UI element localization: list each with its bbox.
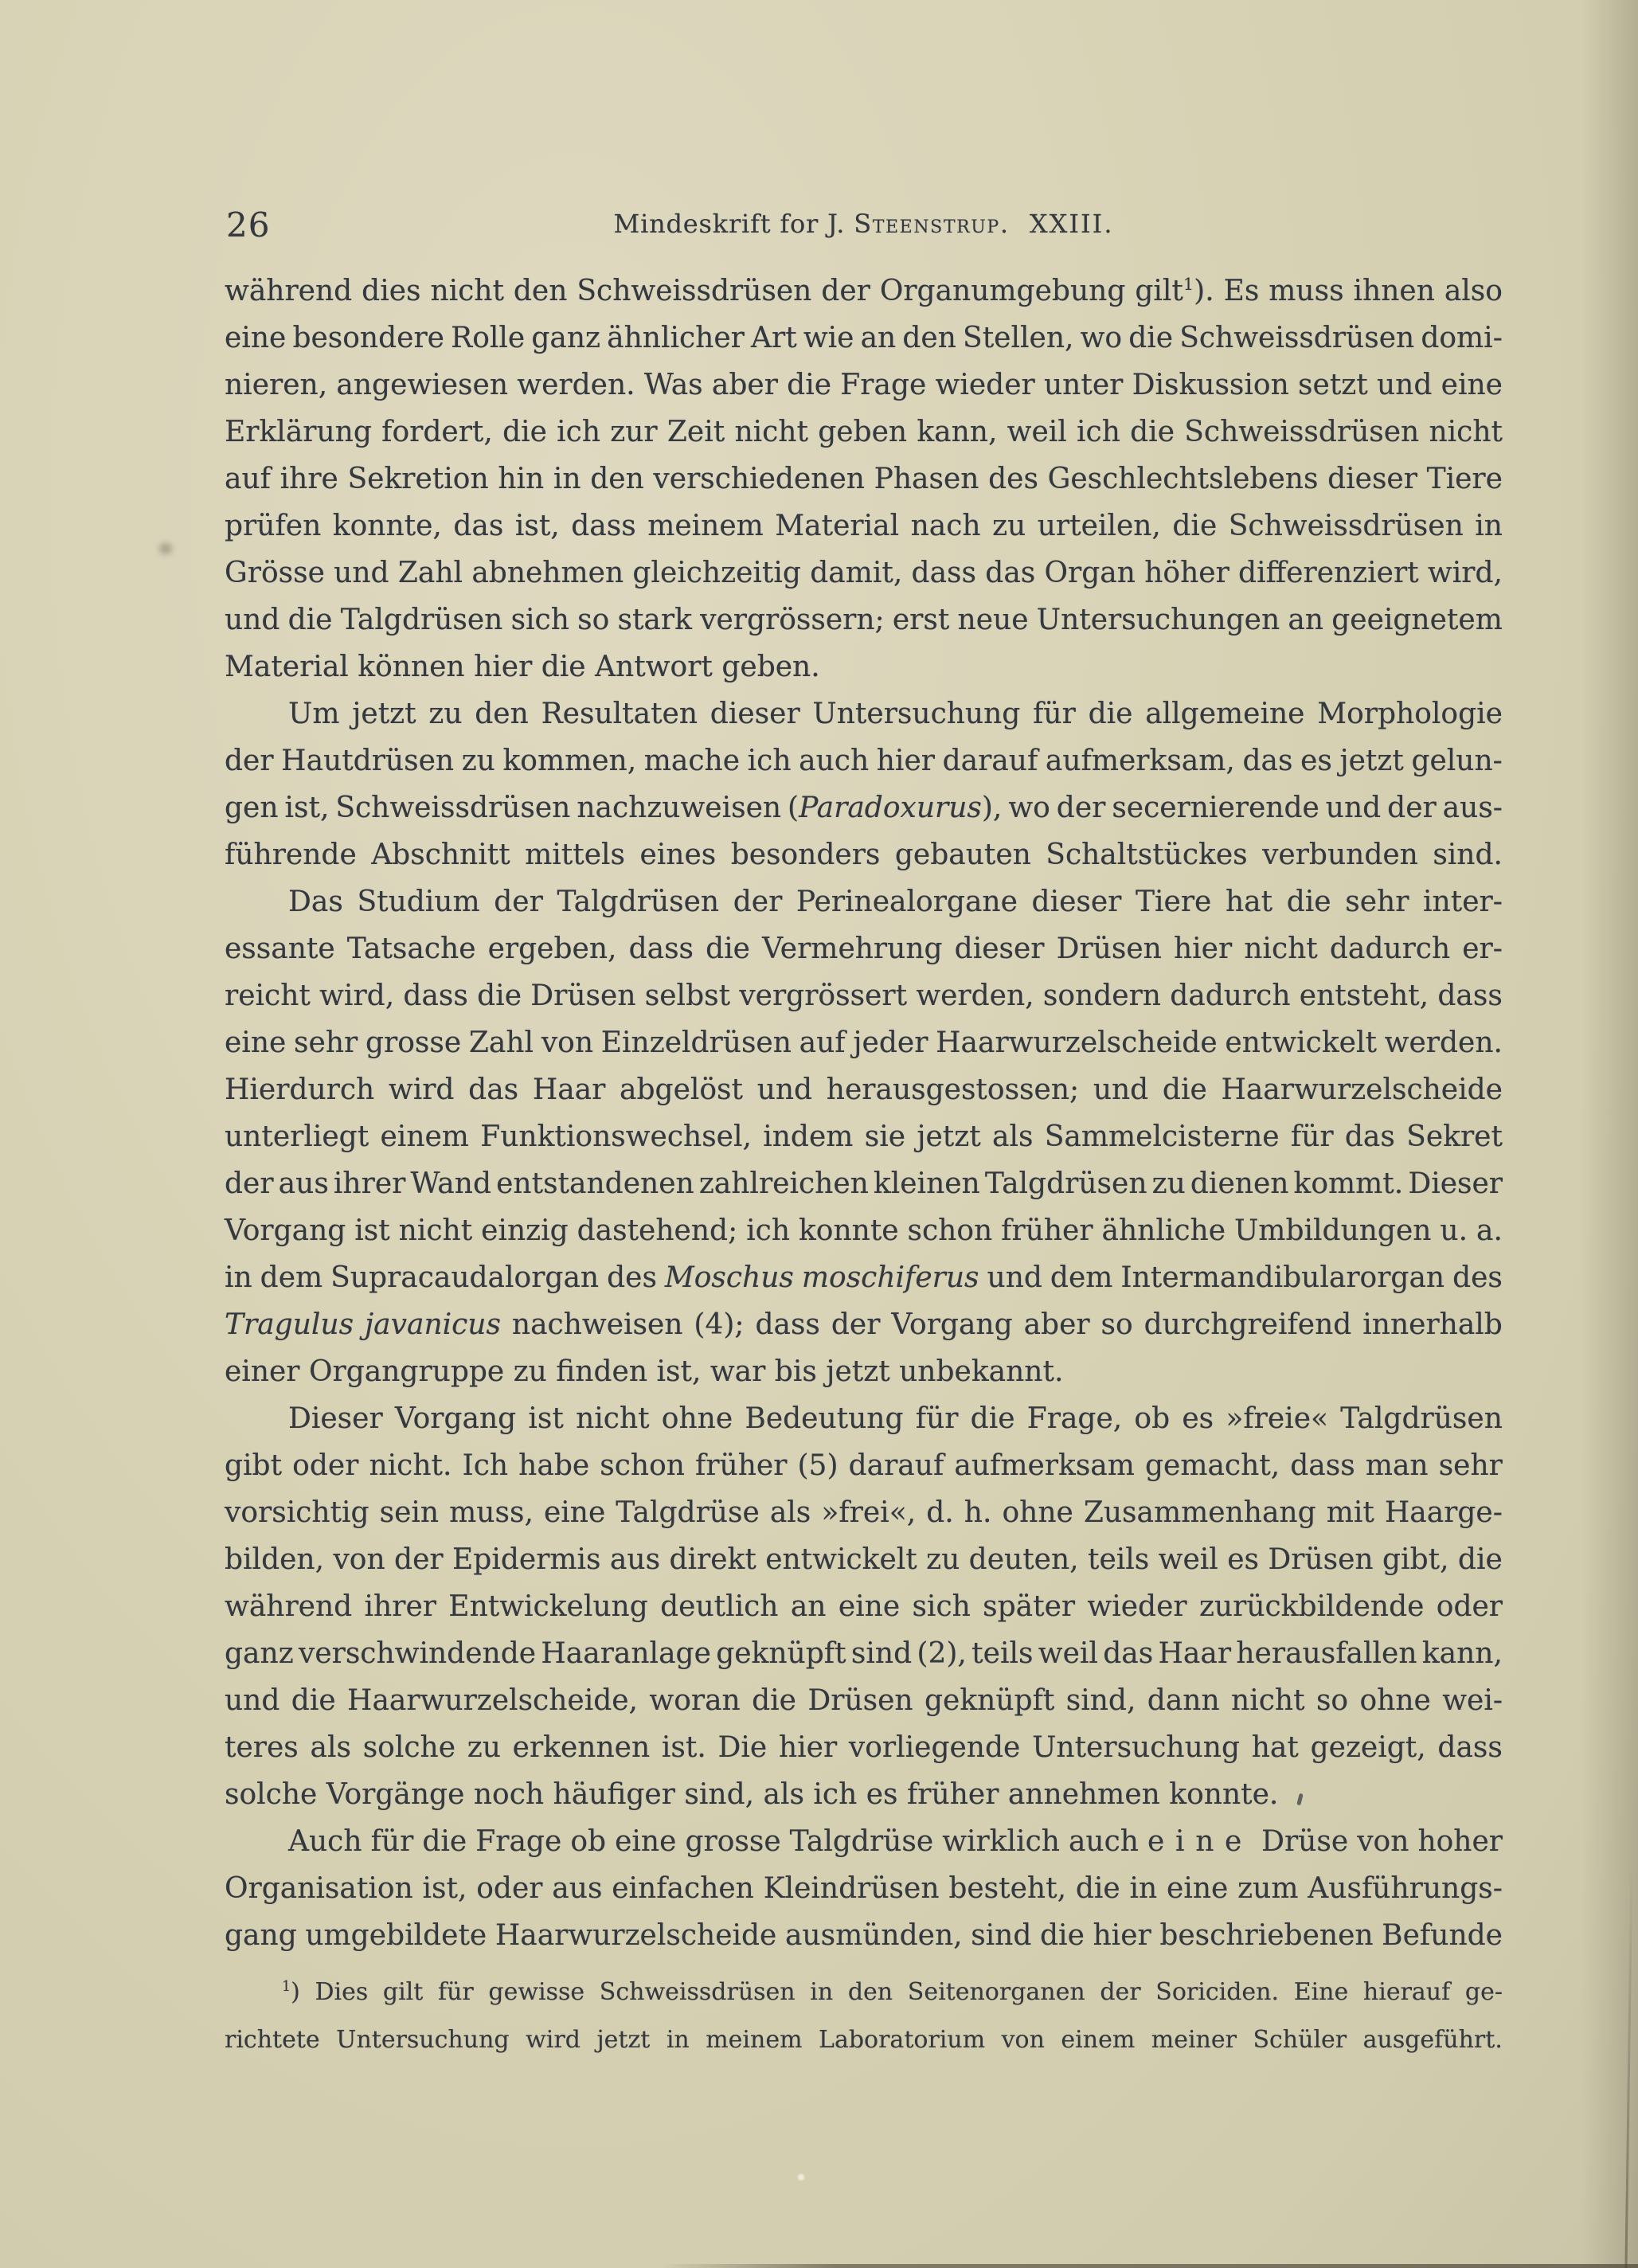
word: wird: [526, 2016, 581, 2064]
word: Schweissdrüsen: [577, 268, 811, 315]
word: ohne: [662, 1395, 733, 1442]
word: Organ: [1045, 549, 1136, 596]
word: die: [1128, 315, 1173, 362]
word: nicht: [1231, 1677, 1305, 1724]
paper-speck: [798, 2174, 804, 2180]
word: Haarwurzelscheide: [936, 1019, 1218, 1066]
word: dienen: [1190, 1160, 1289, 1207]
text-line: einer Organgruppe zu finden ist, war bis…: [225, 1348, 1503, 1395]
word: entwickelt: [765, 1536, 917, 1583]
text-line: 1)DiesgiltfürgewisseSchweissdrüsenindenS…: [225, 1969, 1503, 2016]
word: von: [1357, 1818, 1409, 1865]
word: meiner: [1151, 2016, 1237, 2064]
word: Befunde: [1382, 1912, 1503, 1959]
word: das: [453, 502, 503, 549]
word: die: [971, 1395, 1015, 1442]
word: und: [1093, 1066, 1148, 1113]
word: nicht: [1244, 925, 1318, 972]
word: gewisse: [488, 1969, 584, 2016]
word: allgemeine: [1145, 690, 1304, 737]
word: hier: [877, 737, 935, 784]
word: gang: [225, 1912, 297, 1959]
word: Drüsen: [1057, 925, 1162, 972]
word: jetzt: [826, 1355, 889, 1388]
word: der: [225, 1160, 274, 1207]
word: eine: [1441, 362, 1503, 409]
word: entstandenen: [496, 1160, 694, 1207]
word: die: [752, 1677, 796, 1724]
word: Um: [288, 690, 339, 737]
word: und: [987, 1254, 1042, 1301]
word: verbunden: [1262, 831, 1418, 878]
word: jetzt: [1339, 737, 1403, 784]
word: Ausführungs-: [1308, 1865, 1503, 1912]
word: Organumgebung: [880, 268, 1126, 315]
word: Grösse: [225, 549, 325, 596]
word: Talgdrüsen: [985, 1160, 1147, 1207]
word: Studium: [357, 878, 479, 925]
word: Stellen,: [963, 315, 1073, 362]
word: Dies: [315, 1969, 368, 2016]
word: ähnliche: [1102, 1207, 1226, 1254]
word: zu: [992, 502, 1026, 549]
word: für: [1291, 1113, 1334, 1160]
word: der: [225, 737, 274, 784]
word: kann,: [1422, 1630, 1503, 1677]
word: sehr: [294, 1019, 358, 1066]
word: Geschlechtslebens: [1048, 456, 1319, 502]
word: vorsichtig: [225, 1489, 369, 1536]
word: sondern: [1043, 972, 1161, 1019]
word: die: [502, 409, 547, 456]
word: für: [371, 1818, 414, 1865]
word: werden,: [916, 972, 1034, 1019]
word: die: [1040, 1912, 1085, 1959]
body-text: währenddiesnichtdenSchweissdrüsenderOrga…: [225, 268, 1503, 1959]
word: nicht: [576, 1395, 650, 1442]
word: konnte.: [1169, 1778, 1278, 1811]
running-title: Mindeskrift for J. Steenstrup.XXIII.: [225, 209, 1503, 239]
word: dieser: [955, 925, 1045, 972]
word: gemacht,: [1145, 1442, 1280, 1489]
word: Haar: [1159, 1630, 1232, 1677]
word: Tiere: [1427, 456, 1503, 502]
text-line: GrösseundZahlabnehmengleichzeitigdamit,d…: [225, 549, 1503, 596]
word: ausgeführt.: [1363, 2016, 1503, 2064]
word: moschiferus: [802, 1254, 979, 1301]
word: dieser: [1327, 456, 1417, 502]
word: gebauten: [895, 831, 1031, 878]
word: besteht,: [948, 1865, 1066, 1912]
word: deuten,: [969, 1536, 1079, 1583]
word: Erklärung: [225, 409, 372, 456]
text-line: Tragulusjavanicusnachweisen(4);dassderVo…: [225, 1301, 1503, 1348]
word: der: [394, 1536, 444, 1583]
word: Dieser: [288, 1395, 383, 1442]
word: der: [494, 878, 543, 925]
scanned-book-page: 26 Mindeskrift for J. Steenstrup.XXIII. …: [0, 0, 1638, 2268]
word: war: [710, 1355, 766, 1388]
word: unbekannt.: [899, 1355, 1063, 1388]
word: das: [985, 549, 1035, 596]
text-line: richteteUntersuchungwirdjetztinmeinemLab…: [225, 2016, 1503, 2064]
word: eine: [1167, 1865, 1228, 1912]
word: ich: [1077, 409, 1120, 456]
text-line: AuchfürdieFrageobeinegrosseTalgdrüsewirk…: [225, 1818, 1503, 1865]
word: geben.: [721, 651, 819, 683]
word: Material: [225, 651, 349, 683]
word: fordert,: [381, 409, 493, 456]
word: der: [821, 268, 870, 315]
word: für: [1033, 690, 1076, 737]
word: dann: [1147, 1677, 1220, 1724]
word: ist.: [662, 1724, 706, 1771]
word: Tatsache: [347, 925, 476, 972]
word: urteilen,: [1038, 502, 1161, 549]
word: zu: [926, 1536, 960, 1583]
word: des: [1452, 1254, 1503, 1301]
word: dadurch: [1170, 972, 1290, 1019]
word: die: [706, 925, 750, 972]
word: Schweissdrüsen: [1229, 502, 1464, 549]
text-line: HierdurchwirddasHaarabgelöstundherausges…: [225, 1066, 1503, 1113]
word: hier: [1093, 1912, 1151, 1959]
word: Art: [751, 315, 797, 362]
word: weil: [1159, 1536, 1218, 1583]
word: sind,: [1066, 1677, 1136, 1724]
word: oder: [476, 1865, 542, 1912]
word: erst: [893, 596, 949, 643]
word: Schweissdrüsen: [1179, 315, 1414, 362]
text-line: DieserVorgangistnichtohneBedeutungfürdie…: [225, 1395, 1503, 1442]
word: und: [1326, 784, 1381, 831]
word: kommen,: [502, 737, 636, 784]
word: Phasen: [874, 456, 979, 502]
word: ihrer: [334, 1160, 405, 1207]
word: jetzt: [917, 1113, 980, 1160]
word: wie: [803, 315, 854, 362]
word: aus-: [1443, 784, 1503, 831]
word: Die: [718, 1724, 768, 1771]
word: geknüpft: [716, 1630, 846, 1677]
word: Rolle: [451, 315, 525, 362]
word: Haarge-: [1385, 1489, 1503, 1536]
word: Untersuchung: [336, 2016, 509, 2064]
word: muss,: [449, 1489, 534, 1536]
word: dies: [362, 268, 420, 315]
word: nicht: [1429, 409, 1503, 456]
word: Was: [644, 362, 703, 409]
word: können: [358, 651, 464, 683]
word: Tragulus: [225, 1301, 354, 1348]
word: secernierende: [1112, 784, 1319, 831]
word: meinem: [647, 502, 764, 549]
word: Sekretion: [348, 456, 489, 502]
word: herausgestossen;: [827, 1066, 1079, 1113]
word: Schüler: [1253, 2016, 1347, 2064]
word: zu: [428, 690, 462, 737]
word: Vorgang: [891, 1301, 1012, 1348]
word: Talgdrüsen: [557, 878, 719, 925]
word: gilt: [383, 1969, 423, 2016]
word: sehr: [1439, 1442, 1503, 1489]
text-line: essanteTatsacheergeben,dassdieVermehrung…: [225, 925, 1503, 972]
word: später: [983, 1583, 1075, 1630]
word: den: [590, 456, 644, 502]
word: der: [831, 1301, 881, 1348]
word: entwickelt: [1225, 1019, 1377, 1066]
word: bis: [775, 1355, 817, 1388]
word: essante: [225, 925, 335, 972]
text-line: führendeAbschnittmittelseinesbesondersge…: [225, 831, 1503, 878]
word: für: [916, 1395, 959, 1442]
word: dass: [403, 972, 467, 1019]
word: Kleindrüsen: [764, 1865, 940, 1912]
word: eine: [225, 1019, 286, 1066]
word: Haar: [533, 1066, 606, 1113]
word: die: [787, 362, 831, 409]
word: hierauf: [1363, 1969, 1450, 2016]
word: einem: [1061, 2016, 1135, 2064]
word: eine: [839, 1583, 900, 1630]
word: Talgdrüse: [616, 1489, 759, 1536]
word: Untersuchung: [812, 690, 1020, 737]
word: sind: [851, 1630, 912, 1677]
word: Entwickelung: [448, 1583, 647, 1630]
word: die: [1287, 878, 1331, 925]
word: muss: [1269, 268, 1343, 315]
text-line: gibtodernicht.Ichhabeschonfrüher(5)darau…: [225, 1442, 1503, 1489]
word: Talgdrüsen: [1340, 1395, 1503, 1442]
word: wird,: [1428, 549, 1503, 596]
word: jetzt: [596, 2016, 650, 2064]
word: Sekret: [1406, 1113, 1503, 1160]
word: es: [866, 1778, 898, 1811]
word: Laboratorium: [819, 2016, 985, 2064]
word: Hautdrüsen: [281, 737, 454, 784]
word: das: [1345, 1113, 1395, 1160]
word: gen: [225, 784, 279, 831]
word: Haarwurzelscheide: [1221, 1066, 1503, 1113]
scan-bottom-line: [661, 2264, 1638, 2268]
word: hier: [1174, 925, 1232, 972]
word: die: [477, 972, 522, 1019]
word: Resultaten: [541, 690, 698, 737]
word: ausmünden,: [785, 1912, 963, 1959]
word: umgebildete: [305, 1912, 487, 1959]
text-line: UmjetztzudenResultatendieserUntersuchung…: [225, 690, 1503, 737]
word: besondere: [292, 315, 444, 362]
word: so: [577, 596, 609, 643]
word: meinem: [706, 2016, 802, 2064]
word: dieser: [710, 690, 800, 737]
word: wieder: [936, 362, 1035, 409]
word: Talgdrüsen: [341, 596, 503, 643]
word: zahlreichen: [699, 1160, 869, 1207]
word: ist: [354, 1207, 389, 1254]
word: kann,: [917, 409, 997, 456]
word: dass: [1437, 972, 1502, 1019]
word: aber: [1024, 1301, 1090, 1348]
word: der: [1057, 784, 1106, 831]
word: Intermandibularorgan: [1120, 1254, 1444, 1301]
word: vergrössern;: [700, 596, 885, 643]
word: Das: [288, 878, 343, 925]
word: Vorgang: [225, 1207, 346, 1254]
word: ganz: [225, 1630, 294, 1677]
word: selbst: [645, 972, 730, 1019]
word: sein: [380, 1489, 439, 1536]
word: als: [764, 1778, 804, 1811]
word: teils: [1088, 1536, 1149, 1583]
word: oder: [292, 1442, 358, 1489]
word: von: [541, 1019, 593, 1066]
word: Auch: [288, 1818, 362, 1865]
text-line: derausihrerWandentstandenenzahlreichenkl…: [225, 1160, 1503, 1207]
word: und: [334, 549, 389, 596]
word: die: [291, 1677, 336, 1724]
word: aus: [279, 1160, 329, 1207]
word: sich: [511, 596, 569, 643]
word: den: [902, 315, 956, 362]
word: dass: [1437, 1724, 1502, 1771]
word: in: [1130, 1865, 1158, 1912]
word: an: [1288, 596, 1323, 643]
word: früher: [1001, 1207, 1093, 1254]
word: weil: [1038, 1630, 1098, 1677]
word: einer: [225, 1355, 300, 1388]
word: Schaltstückes: [1046, 831, 1247, 878]
word: früher: [907, 1778, 999, 1811]
word: solche: [225, 1778, 317, 1811]
word: grosse: [685, 1818, 780, 1865]
word: 1): [282, 1969, 300, 2016]
word: dass: [912, 549, 976, 596]
word: unter: [1044, 362, 1123, 409]
word: als: [770, 1489, 811, 1536]
word: differenziert: [1238, 549, 1419, 596]
word: Perinealorgane: [796, 878, 1018, 925]
word: nicht.: [369, 1442, 452, 1489]
word: dass: [629, 925, 694, 972]
word: mittels: [525, 831, 625, 878]
word: der: [733, 878, 783, 925]
word: die: [1458, 1536, 1503, 1583]
word: inter-: [1423, 878, 1503, 925]
word: aus: [552, 1865, 602, 1912]
word: aufmerksam,: [1046, 737, 1235, 784]
word: einem: [381, 1113, 469, 1160]
word: domi-: [1421, 315, 1503, 362]
word: die: [1130, 409, 1175, 456]
word: jetzt: [352, 690, 416, 737]
word: in: [1475, 502, 1503, 549]
word: u.: [1440, 1207, 1468, 1254]
word: den: [475, 690, 529, 737]
word: Funktionswechsel,: [480, 1113, 752, 1160]
word: zu: [467, 1724, 501, 1771]
word: ob: [1134, 1395, 1170, 1442]
word: zurückbildende: [1199, 1583, 1424, 1630]
word: ohne: [1359, 1677, 1430, 1724]
word: Haaranlage: [541, 1630, 711, 1677]
word: noch: [474, 1778, 544, 1811]
word: ergeben,: [488, 925, 617, 972]
word: angewiesen: [336, 362, 508, 409]
word: Diskussion: [1132, 362, 1289, 409]
word: hier: [779, 1724, 837, 1771]
word: Organisation: [225, 1865, 413, 1912]
text-line: DasStudiumderTalgdrüsenderPerinealorgane…: [225, 878, 1503, 925]
word: Zeit: [667, 409, 725, 456]
word: nicht: [734, 409, 808, 456]
word: reicht: [225, 972, 311, 1019]
word: so: [1316, 1677, 1348, 1724]
word: mache: [644, 737, 740, 784]
word: die: [1076, 1865, 1120, 1912]
word: ge-: [1465, 1969, 1503, 2016]
word: auf: [225, 456, 271, 502]
word: Seitenorganen: [908, 1969, 1085, 2016]
word: Wand: [410, 1160, 491, 1207]
word: richtete: [225, 2016, 320, 2064]
word: dass: [1290, 1442, 1355, 1489]
word: damit,: [810, 549, 902, 596]
word: auf: [799, 1019, 846, 1066]
word: wirklich: [942, 1818, 1060, 1865]
word: nicht: [399, 1207, 473, 1254]
word: werden.: [1385, 1019, 1503, 1066]
word: ist,: [285, 784, 330, 831]
text-line: solche Vorgänge noch häufiger sind, als …: [225, 1771, 1503, 1818]
word: nachweisen: [512, 1301, 683, 1348]
word: häufiger: [553, 1778, 675, 1811]
word: bilden,: [225, 1536, 324, 1583]
word: innerhalb: [1362, 1301, 1503, 1348]
word: von: [333, 1536, 385, 1583]
word: nicht: [430, 268, 504, 315]
word: sehr: [1345, 878, 1409, 925]
word: zu: [462, 737, 495, 784]
word: zum: [1237, 1865, 1298, 1912]
word: konnte,: [333, 502, 442, 549]
word: ihrer: [365, 1583, 436, 1630]
word: stark: [617, 596, 691, 643]
word: an: [791, 1583, 827, 1630]
word: in: [553, 456, 581, 502]
word: die: [288, 596, 333, 643]
word: entsteht,: [1300, 972, 1429, 1019]
word: dem: [260, 1254, 323, 1301]
word: er-: [1462, 925, 1503, 972]
word: Schweissdrüsen: [1184, 409, 1419, 456]
word: während: [225, 1583, 352, 1630]
word: teres: [225, 1724, 299, 1771]
word: es: [1182, 1395, 1214, 1442]
word: auch: [799, 737, 869, 784]
word: sind: [971, 1912, 1031, 1959]
word: Abschnitt: [371, 831, 510, 878]
word: die: [1172, 502, 1217, 549]
word: Soriciden.: [1155, 1969, 1279, 2016]
word: Dieser: [1408, 1160, 1503, 1207]
word: weil: [1007, 409, 1067, 456]
text-line: prüfenkonnte,dasist,dassmeinemMaterialna…: [225, 502, 1503, 549]
word: darauf: [943, 737, 1038, 784]
word: ist: [528, 1395, 563, 1442]
word: gleichzeitig: [632, 549, 801, 596]
text-line: unddieTalgdrüsensichsostarkvergrössern;e…: [225, 596, 1503, 643]
